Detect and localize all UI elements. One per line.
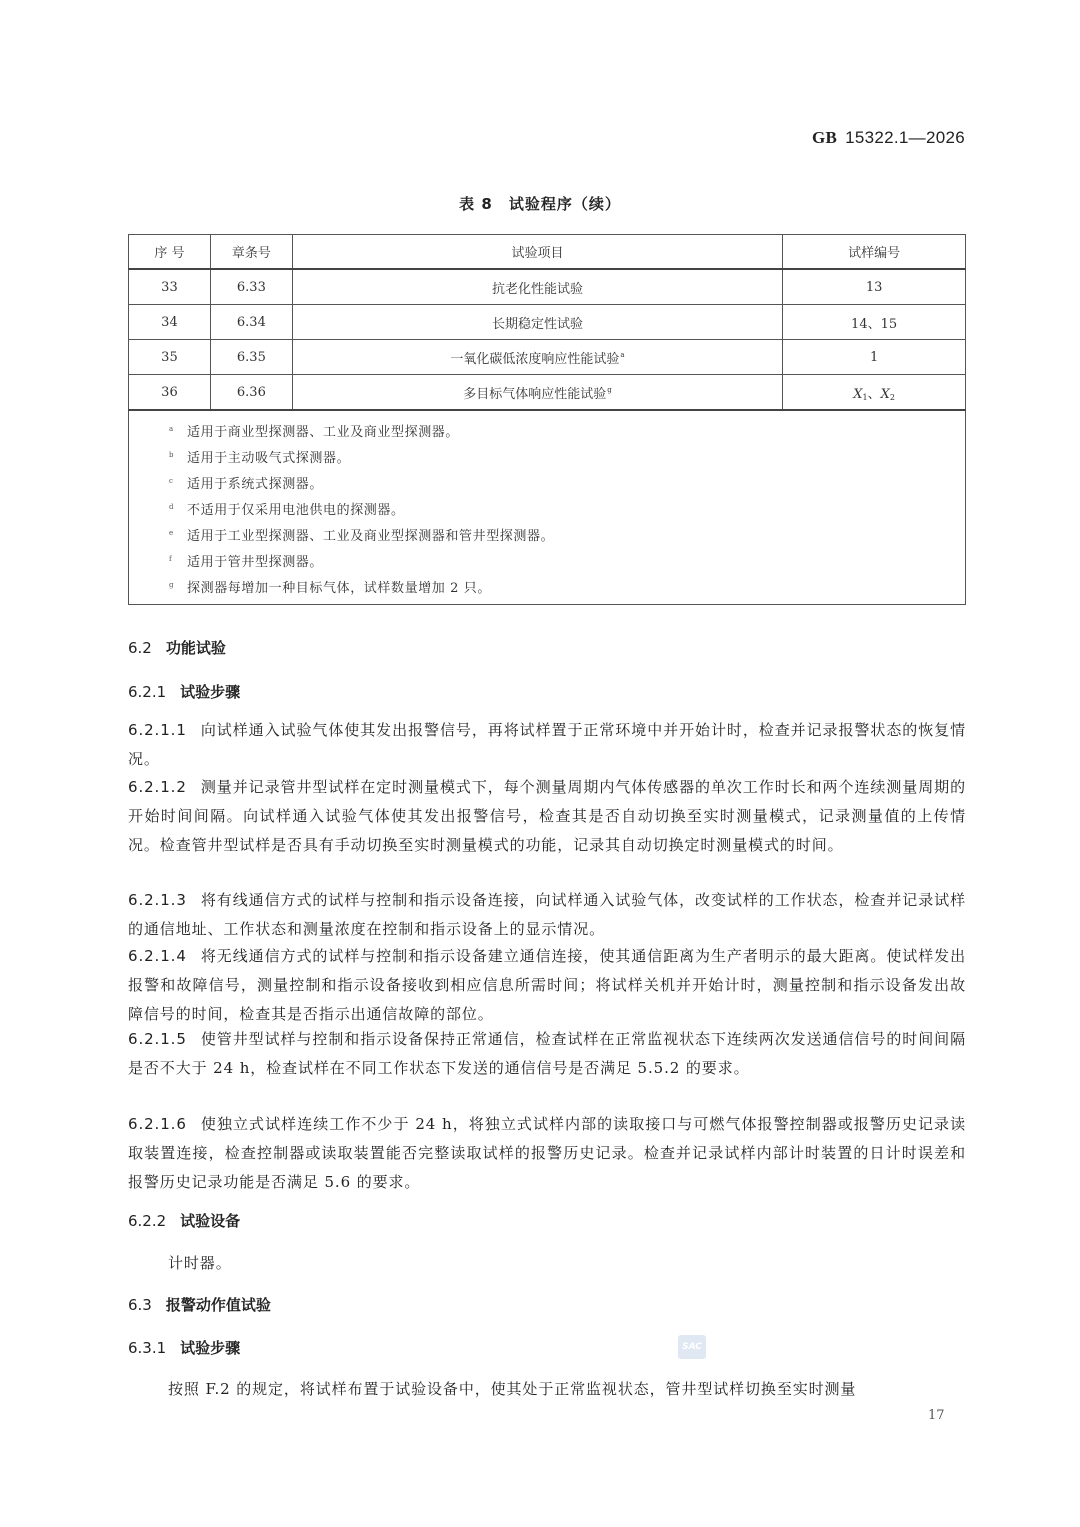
section-heading-6-2-2: 6.2.2试验设备	[128, 1210, 240, 1231]
section-heading-6-3-1: 6.3.1试验步骤	[128, 1337, 240, 1358]
table-footnotes: a适用于商业型探测器、工业及商业型探测器。 b适用于主动吸气式探测器。 c适用于…	[129, 410, 966, 605]
table-header-row: 序 号 章条号 试验项目 试样编号	[129, 235, 966, 270]
cell-item: 多目标气体响应性能试验g	[292, 375, 782, 411]
standard-code: 15322.1—2026	[845, 128, 965, 147]
table-caption-number: 表 8	[459, 195, 493, 213]
cell-item: 抗老化性能试验	[292, 269, 782, 305]
item-text: 一氧化碳低浓度响应性能试验	[450, 352, 619, 367]
section-heading-6-2: 6.2功能试验	[128, 637, 226, 658]
page-number: 17	[928, 1408, 945, 1423]
cell-no: 36	[129, 375, 211, 411]
table-caption: 表 8试验程序（续）	[0, 193, 1080, 214]
cell-sample: 14、15	[783, 305, 966, 340]
paragraph-6-2-1-1: 6.2.1.1向试样通入试验气体使其发出报警信号，再将试样置于正常环境中并开始计…	[128, 716, 966, 774]
standard-prefix: GB	[812, 128, 837, 147]
footnote-ref: g	[607, 386, 611, 394]
cell-item: 一氧化碳低浓度响应性能试验a	[292, 340, 782, 375]
sac-watermark-logo: SAC	[678, 1335, 706, 1359]
paragraph-6-3-1: 按照 F.2 的规定，将试样布置于试验设备中，使其处于正常监视状态，管井型试样切…	[168, 1378, 856, 1399]
table-row: 35 6.35 一氧化碳低浓度响应性能试验a 1	[129, 340, 966, 375]
cell-sample: 13	[783, 269, 966, 305]
paragraph-6-2-1-3: 6.2.1.3将有线通信方式的试样与控制和指示设备连接，向试样通入试验气体，改变…	[128, 886, 966, 944]
cell-clause: 6.34	[210, 305, 292, 340]
table-row: 36 6.36 多目标气体响应性能试验g X1、X2	[129, 375, 966, 411]
column-header-sample: 试样编号	[783, 235, 966, 270]
column-header-no: 序 号	[129, 235, 211, 270]
paragraph-6-2-1-4: 6.2.1.4将无线通信方式的试样与控制和指示设备建立通信连接，使其通信距离为生…	[128, 942, 966, 1029]
paragraph-6-2-1-6: 6.2.1.6使独立式试样连续工作不少于 24 h，将独立式试样内部的读取接口与…	[128, 1110, 966, 1197]
cell-clause: 6.35	[210, 340, 292, 375]
footnote: a适用于商业型探测器、工业及商业型探测器。	[169, 416, 965, 442]
cell-clause: 6.36	[210, 375, 292, 411]
column-header-item: 试验项目	[292, 235, 782, 270]
section-heading-6-2-1: 6.2.1试验步骤	[128, 681, 240, 702]
cell-no: 34	[129, 305, 211, 340]
test-procedure-table: 序 号 章条号 试验项目 试样编号 33 6.33 抗老化性能试验 13 34 …	[128, 234, 966, 605]
table-row: 34 6.34 长期稳定性试验 14、15	[129, 305, 966, 340]
footnotes-row: a适用于商业型探测器、工业及商业型探测器。 b适用于主动吸气式探测器。 c适用于…	[129, 410, 966, 605]
table-caption-title: 试验程序（续）	[509, 195, 621, 213]
column-header-clause: 章条号	[210, 235, 292, 270]
footnote: c适用于系统式探测器。	[169, 468, 965, 494]
footnote-ref: a	[620, 351, 624, 359]
footnote: d不适用于仅采用电池供电的探测器。	[169, 494, 965, 520]
paragraph-6-2-1-2: 6.2.1.2测量并记录管井型试样在定时测量模式下，每个测量周期内气体传感器的单…	[128, 773, 966, 860]
standard-number: GB15322.1—2026	[812, 128, 965, 148]
cell-sample: 1	[783, 340, 966, 375]
cell-clause: 6.33	[210, 269, 292, 305]
cell-no: 35	[129, 340, 211, 375]
cell-no: 33	[129, 269, 211, 305]
paragraph-6-2-1-5: 6.2.1.5使管井型试样与控制和指示设备保持正常通信，检查试样在正常监视状态下…	[128, 1025, 966, 1083]
item-text: 多目标气体响应性能试验	[463, 387, 606, 402]
footnote: f适用于管井型探测器。	[169, 546, 965, 572]
paragraph-6-2-2: 计时器。	[168, 1252, 232, 1273]
footnote: g探测器每增加一种目标气体，试样数量增加 2 只。	[169, 572, 965, 598]
cell-sample: X1、X2	[783, 375, 966, 411]
section-heading-6-3: 6.3报警动作值试验	[128, 1294, 271, 1315]
footnote: b适用于主动吸气式探测器。	[169, 442, 965, 468]
cell-item: 长期稳定性试验	[292, 305, 782, 340]
footnote: e适用于工业型探测器、工业及商业型探测器和管井型探测器。	[169, 520, 965, 546]
table-row: 33 6.33 抗老化性能试验 13	[129, 269, 966, 305]
